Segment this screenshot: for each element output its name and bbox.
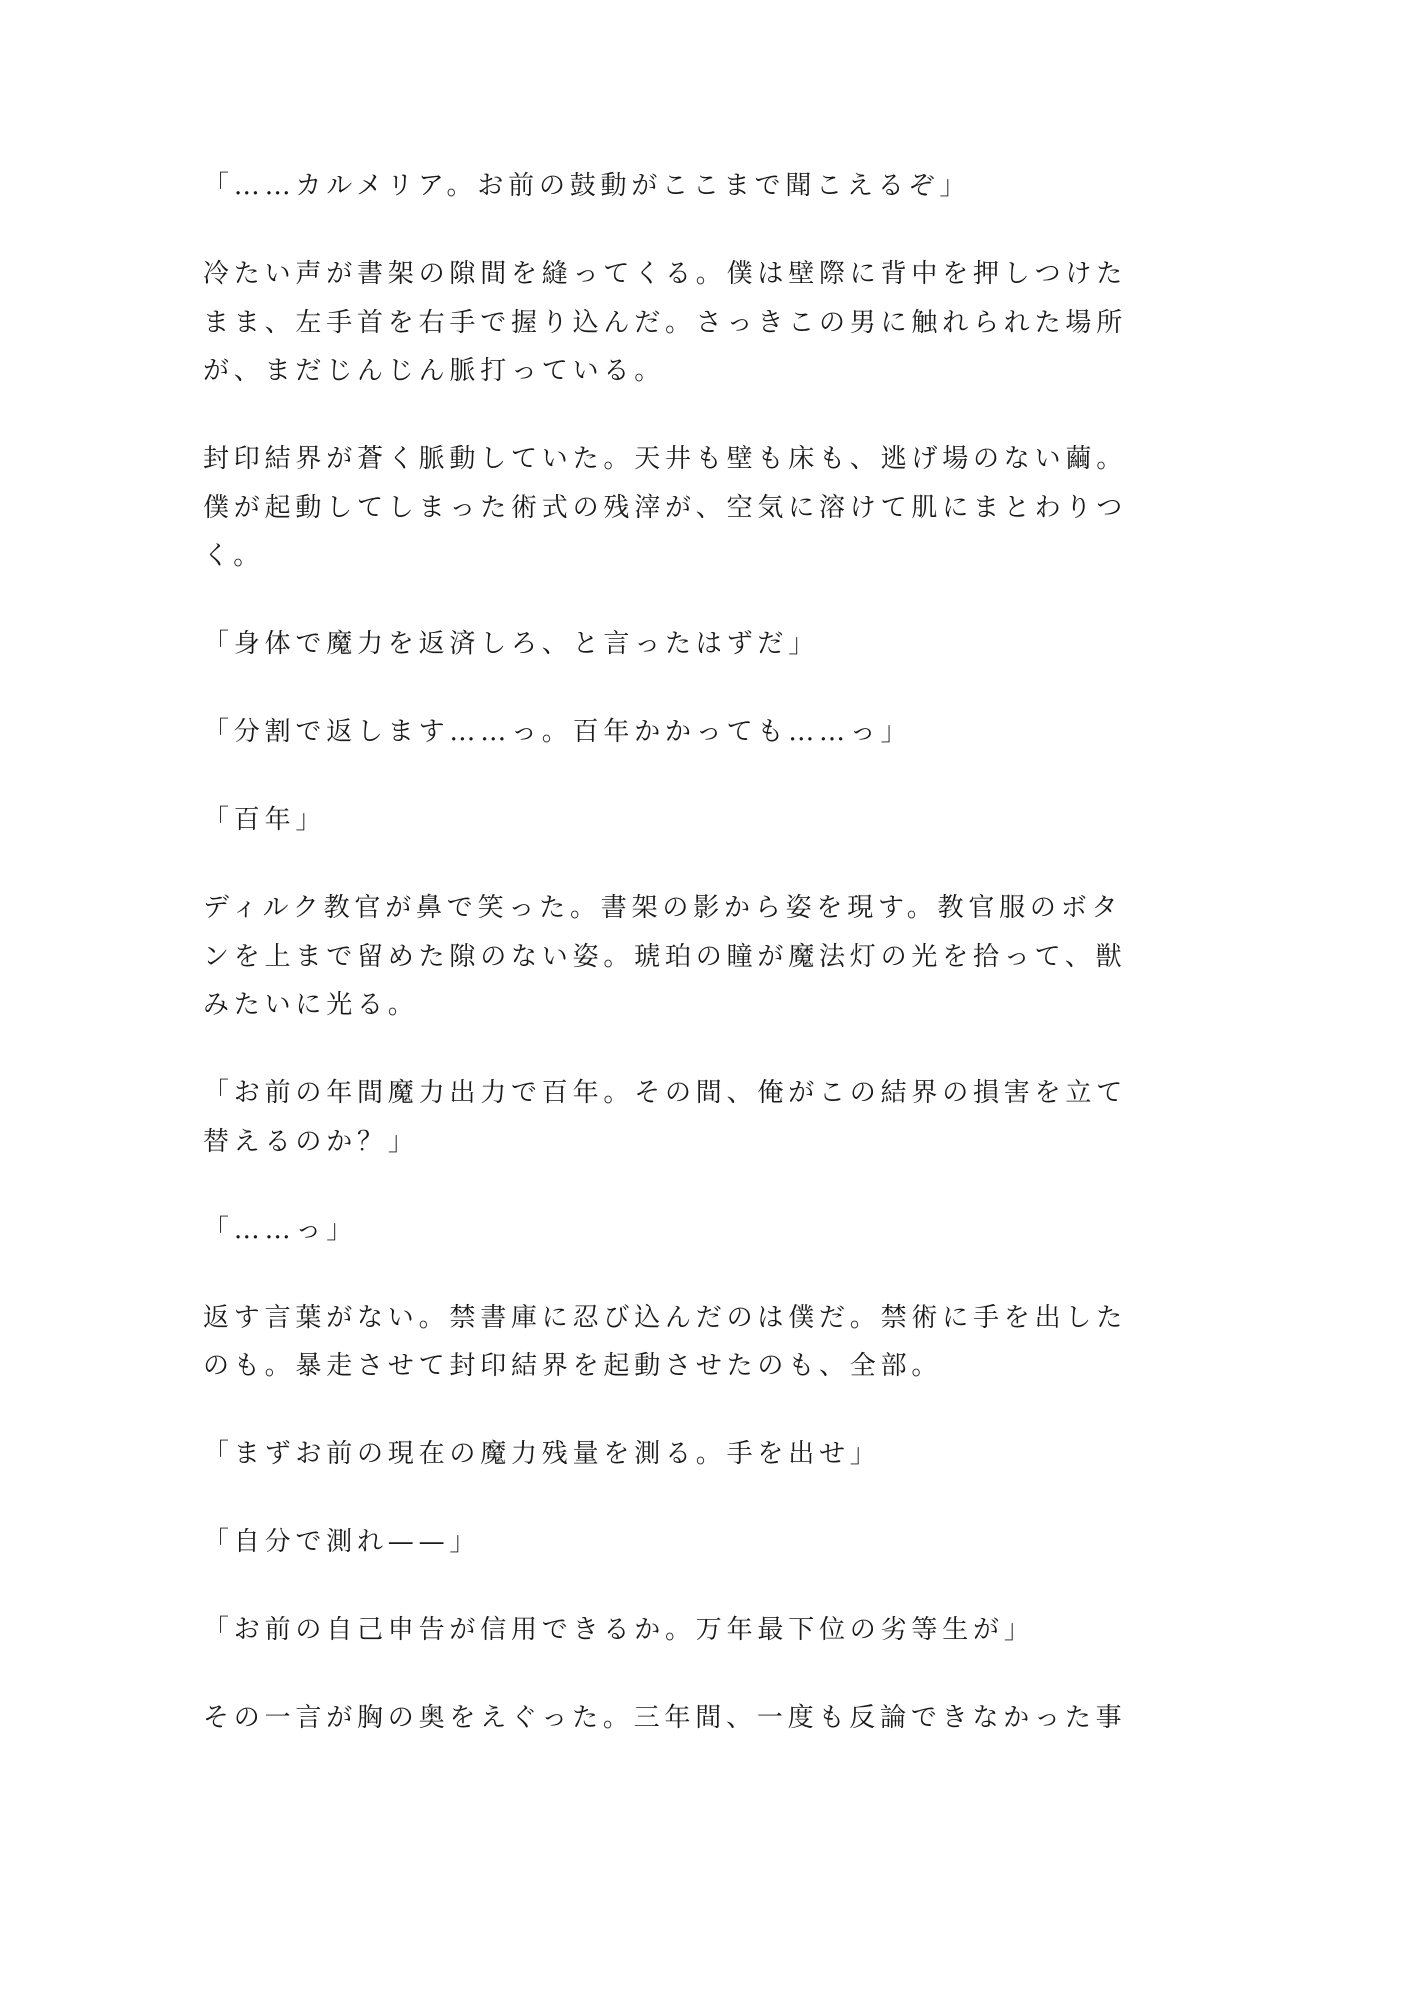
- text-line: が、まだじんじん脈打っている。: [203, 347, 1183, 396]
- text-line: ンを上まで留めた隙のない姿。琥珀の瞳が魔法灯の光を拾って、獣: [203, 933, 1183, 982]
- paragraph-narration: 封印結界が蒼く脈動していた。天井も壁も床も、逃げ場のない繭。 僕が起動してしまっ…: [203, 435, 1183, 581]
- paragraph-narration: ディルク教官が鼻で笑った。書架の影から姿を現す。教官服のボタ ンを上まで留めた隙…: [203, 884, 1183, 1030]
- document-page: 「……カルメリア。お前の鼓動がここまで聞こえるぞ」 冷たい声が書架の隙間を縫って…: [203, 162, 1183, 1782]
- text-line: まま、左手首を右手で握り込んだ。さっきこの男に触れられた場所: [203, 299, 1183, 348]
- paragraph-narration: その一言が胸の奥をえぐった。三年間、一度も反論できなかった事: [203, 1694, 1183, 1743]
- paragraph-narration: 返す言葉がない。禁書庫に忍び込んだのは僕だ。禁術に手を出した のも。暴走させて封…: [203, 1294, 1183, 1391]
- text-line: 僕が起動してしまった術式の残滓が、空気に溶けて肌にまとわりつ: [203, 484, 1183, 533]
- text-line: 「自分で測れ——」: [203, 1518, 1183, 1567]
- paragraph-dialogue: 「身体で魔力を返済しろ、と言ったはずだ」: [203, 620, 1183, 669]
- text-line: みたいに光る。: [203, 981, 1183, 1030]
- text-line: 「分割で返します……っ。百年かかっても……っ」: [203, 708, 1183, 757]
- text-line: その一言が胸の奥をえぐった。三年間、一度も反論できなかった事: [203, 1694, 1183, 1743]
- paragraph-dialogue: 「……っ」: [203, 1206, 1183, 1255]
- text-line: 「お前の年間魔力出力で百年。その間、俺がこの結界の損害を立て: [203, 1069, 1183, 1118]
- text-line: 「百年」: [203, 796, 1183, 845]
- text-line: 「まずお前の現在の魔力残量を測る。手を出せ」: [203, 1430, 1183, 1479]
- paragraph-dialogue: 「まずお前の現在の魔力残量を測る。手を出せ」: [203, 1430, 1183, 1479]
- text-line: く。: [203, 532, 1183, 581]
- text-line: のも。暴走させて封印結界を起動させたのも、全部。: [203, 1342, 1183, 1391]
- paragraph-narration: 冷たい声が書架の隙間を縫ってくる。僕は壁際に背中を押しつけた まま、左手首を右手…: [203, 250, 1183, 396]
- text-line: ディルク教官が鼻で笑った。書架の影から姿を現す。教官服のボタ: [203, 884, 1183, 933]
- paragraph-dialogue: 「お前の年間魔力出力で百年。その間、俺がこの結界の損害を立て 替えるのか？」: [203, 1069, 1183, 1166]
- paragraph-dialogue: 「分割で返します……っ。百年かかっても……っ」: [203, 708, 1183, 757]
- paragraph-dialogue: 「百年」: [203, 796, 1183, 845]
- paragraph-dialogue: 「……カルメリア。お前の鼓動がここまで聞こえるぞ」: [203, 162, 1183, 211]
- text-line: 「……カルメリア。お前の鼓動がここまで聞こえるぞ」: [203, 162, 1183, 211]
- text-line: 封印結界が蒼く脈動していた。天井も壁も床も、逃げ場のない繭。: [203, 435, 1183, 484]
- paragraph-dialogue: 「お前の自己申告が信用できるか。万年最下位の劣等生が」: [203, 1606, 1183, 1655]
- text-line: 「……っ」: [203, 1206, 1183, 1255]
- text-line: 返す言葉がない。禁書庫に忍び込んだのは僕だ。禁術に手を出した: [203, 1294, 1183, 1343]
- text-line: 「お前の自己申告が信用できるか。万年最下位の劣等生が」: [203, 1606, 1183, 1655]
- paragraph-dialogue: 「自分で測れ——」: [203, 1518, 1183, 1567]
- text-line: 替えるのか？」: [203, 1118, 1183, 1167]
- text-line: 冷たい声が書架の隙間を縫ってくる。僕は壁際に背中を押しつけた: [203, 250, 1183, 299]
- text-line: 「身体で魔力を返済しろ、と言ったはずだ」: [203, 620, 1183, 669]
